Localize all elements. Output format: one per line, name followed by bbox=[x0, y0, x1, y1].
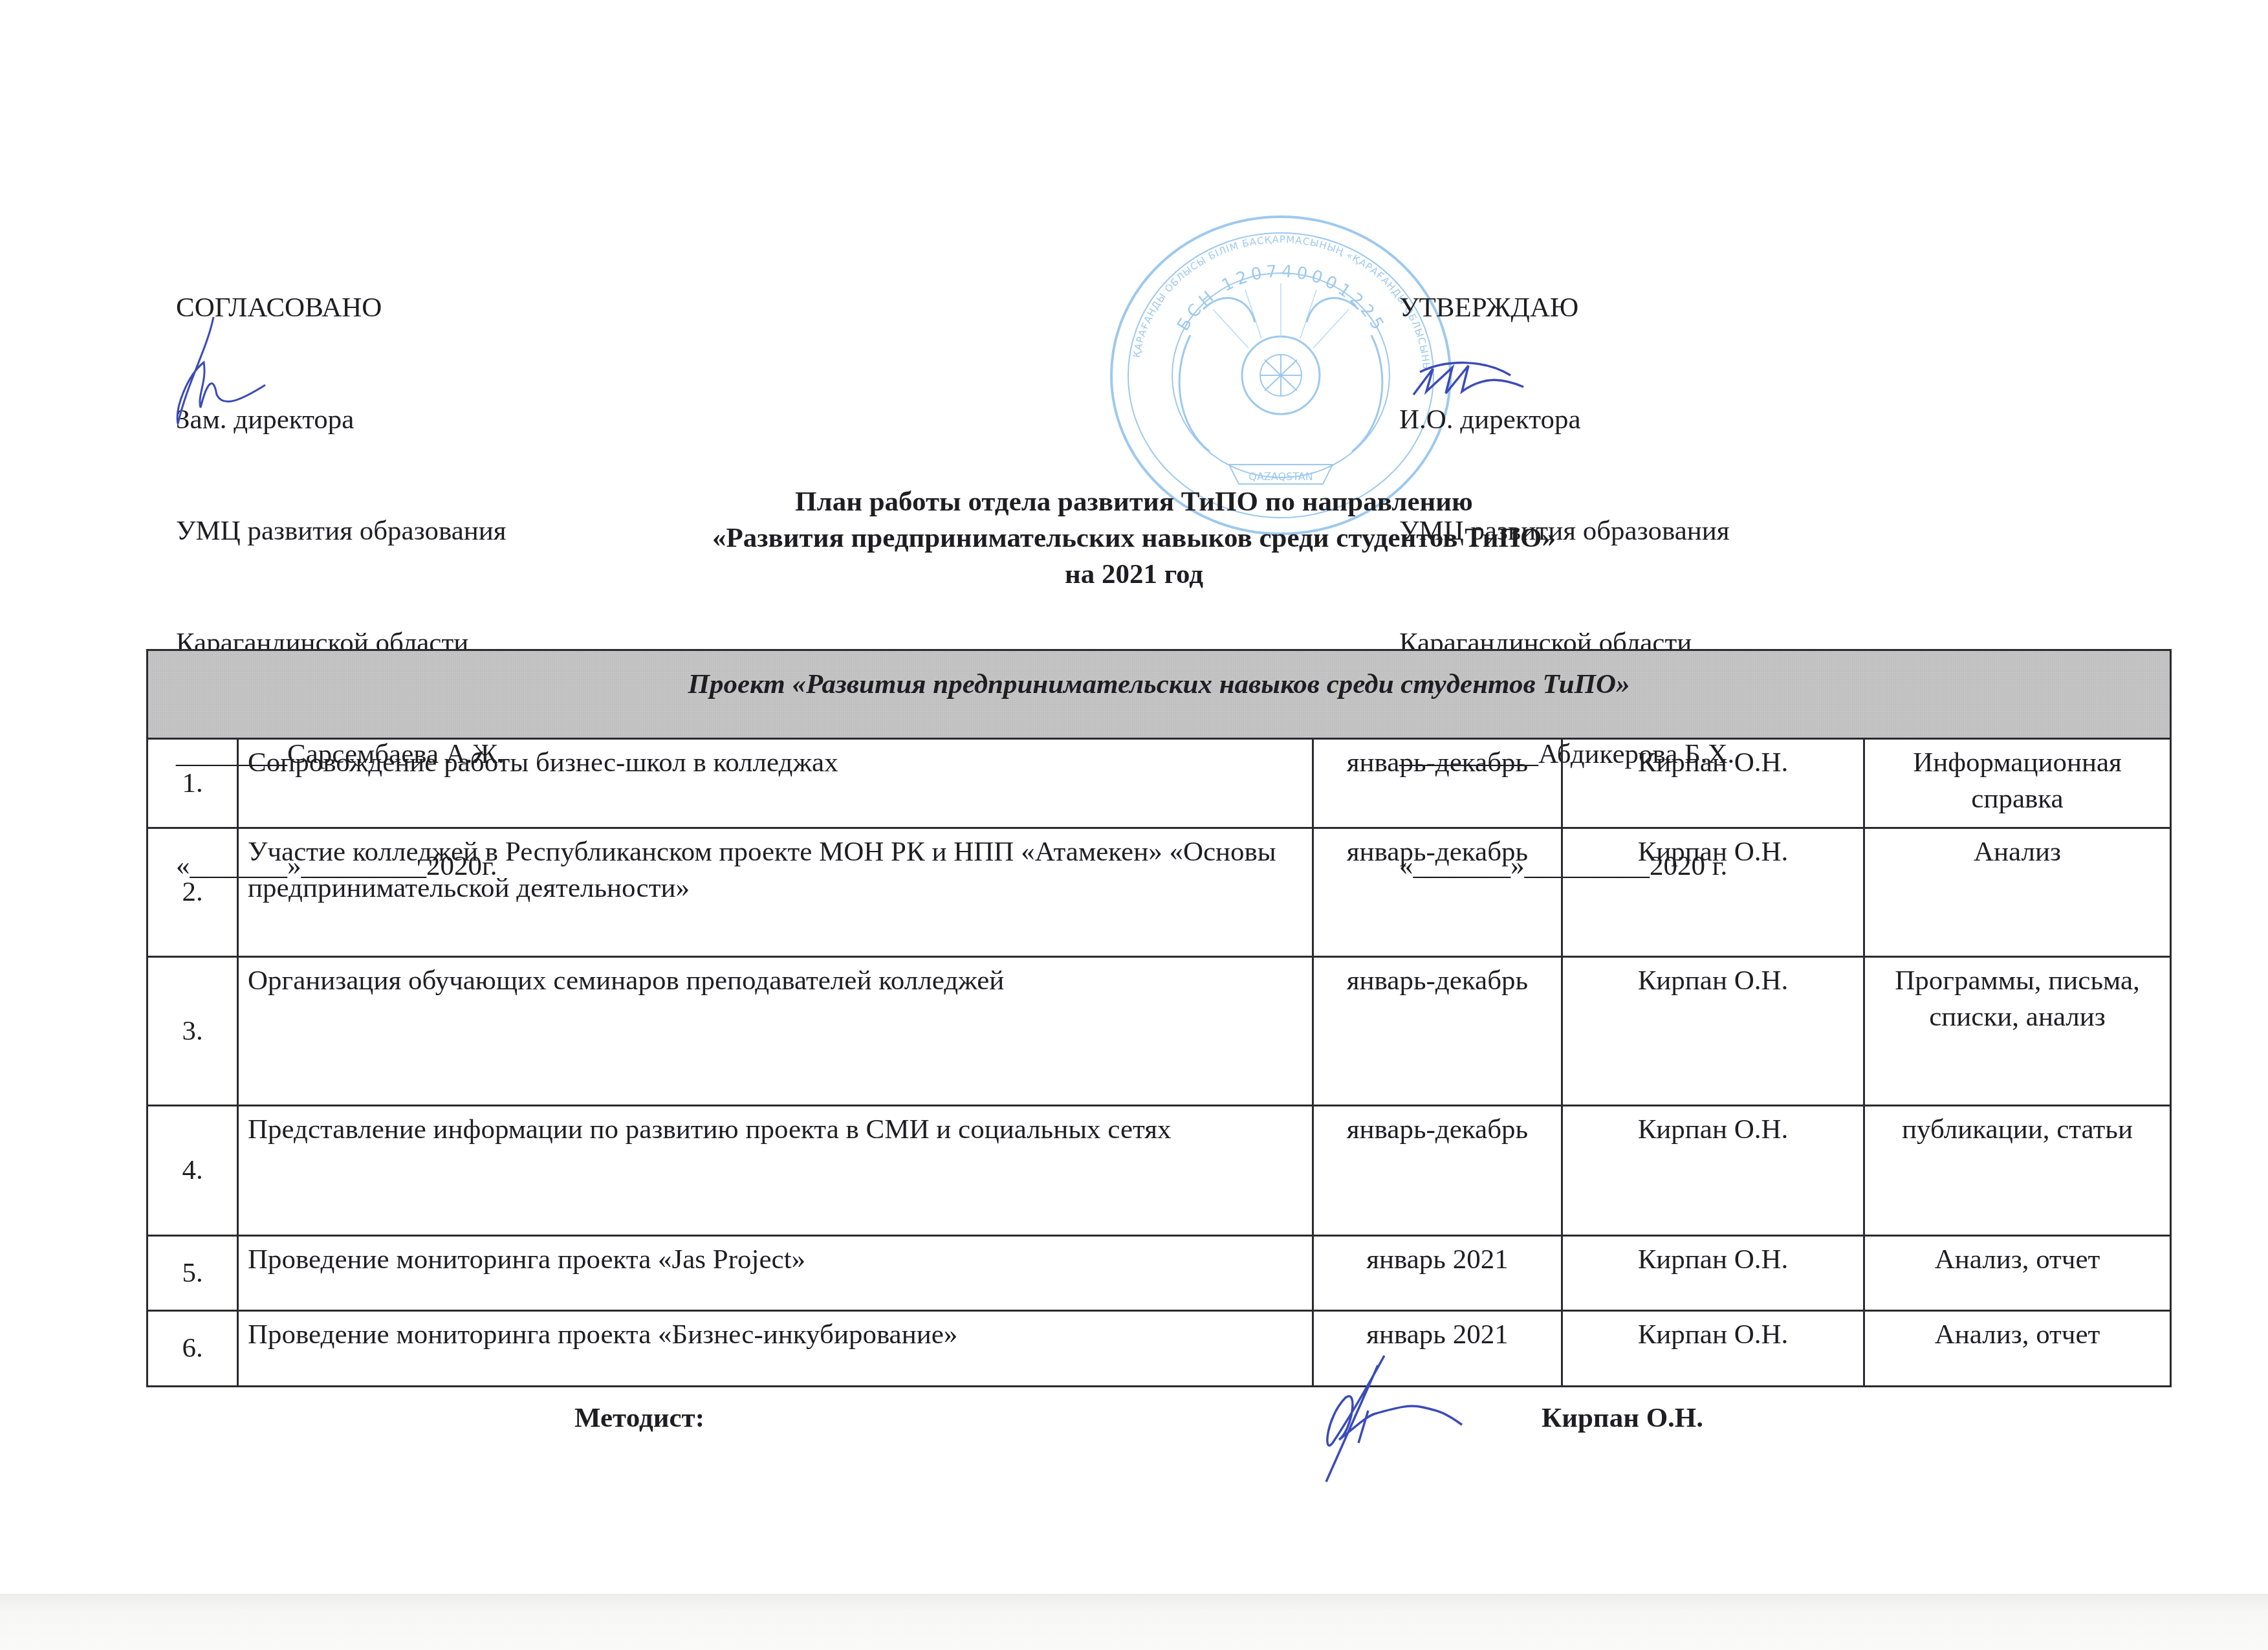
activity-cell: Представление информации по развитию про… bbox=[238, 1106, 1313, 1236]
activity-cell: Участие колледжей в Республиканском прое… bbox=[238, 828, 1313, 957]
period-cell: январь-декабрь bbox=[1313, 739, 1562, 828]
approval-heading: СОГЛАСОВАНО bbox=[176, 289, 507, 327]
responsible-cell: Кирпан О.Н. bbox=[1562, 957, 1864, 1106]
row-number: 2. bbox=[147, 828, 238, 957]
document-title: План работы отдела развития ТиПО по напр… bbox=[0, 484, 2268, 593]
svg-text:QAZAQSTAN: QAZAQSTAN bbox=[1248, 470, 1313, 483]
responsible-cell: Кирпан О.Н. bbox=[1562, 1311, 1864, 1387]
svg-text:БСН 120740001225: БСН 120740001225 bbox=[1173, 262, 1389, 336]
period-cell: январь 2021 bbox=[1313, 1311, 1562, 1387]
title-line-3: на 2021 год bbox=[0, 556, 2268, 593]
output-cell: Информационная справка bbox=[1864, 739, 2171, 828]
period-cell: январь-декабрь bbox=[1313, 957, 1562, 1106]
approval-heading: УТВЕРЖДАЮ bbox=[1399, 289, 1734, 327]
title-line-2: «Развития предпринимательских навыков ср… bbox=[0, 520, 2268, 556]
activity-cell: Сопровождение работы бизнес-школ в колле… bbox=[238, 739, 1313, 828]
responsible-cell: Кирпан О.Н. bbox=[1562, 828, 1864, 957]
responsible-cell: Кирпан О.Н. bbox=[1562, 739, 1864, 828]
work-plan-table: Проект «Развития предпринимательских нав… bbox=[146, 649, 2172, 1387]
approver-position: И.О. директора bbox=[1399, 401, 1734, 439]
row-number: 3. bbox=[147, 957, 238, 1106]
activity-cell: Организация обучающих семинаров преподав… bbox=[238, 957, 1313, 1106]
period-cell: январь-декабрь bbox=[1313, 1106, 1562, 1236]
methodist-name: Кирпан О.Н. bbox=[1542, 1402, 1703, 1434]
scan-edge bbox=[0, 1594, 2268, 1650]
row-number: 4. bbox=[147, 1106, 238, 1236]
methodist-label: Методист: bbox=[574, 1402, 704, 1434]
section-header-row: Проект «Развития предпринимательских нав… bbox=[147, 650, 2171, 739]
activity-cell: Проведение мониторинга проекта «Jas Proj… bbox=[238, 1236, 1313, 1311]
table-row: 6. Проведение мониторинга проекта «Бизне… bbox=[147, 1311, 2171, 1387]
table-row: 5. Проведение мониторинга проекта «Jas P… bbox=[147, 1236, 2171, 1311]
period-cell: январь-декабрь bbox=[1313, 828, 1562, 957]
responsible-cell: Кирпан О.Н. bbox=[1562, 1106, 1864, 1236]
svg-text:ҚАРАҒАНДЫ ОБЛЫСЫ БІЛІМ БАСҚАРМ: ҚАРАҒАНДЫ ОБЛЫСЫ БІЛІМ БАСҚАРМАСЫНЫҢ «ҚА… bbox=[1100, 206, 1432, 372]
responsible-cell: Кирпан О.Н. bbox=[1562, 1236, 1864, 1311]
title-line-1: План работы отдела развития ТиПО по напр… bbox=[0, 484, 2268, 520]
row-number: 1. bbox=[147, 739, 238, 828]
table-row: 4. Представление информации по развитию … bbox=[147, 1106, 2171, 1236]
row-number: 5. bbox=[147, 1236, 238, 1311]
output-cell: Программы, письма, списки, анализ bbox=[1864, 957, 2171, 1106]
table-row: 2. Участие колледжей в Республиканском п… bbox=[147, 828, 2171, 957]
row-number: 6. bbox=[147, 1311, 238, 1387]
table-row: 3. Организация обучающих семинаров препо… bbox=[147, 957, 2171, 1106]
table-row: 1. Сопровождение работы бизнес-школ в ко… bbox=[147, 739, 2171, 828]
approver-position: Зам. директора bbox=[176, 401, 507, 439]
output-cell: Анализ, отчет bbox=[1864, 1311, 2171, 1387]
output-cell: Анализ bbox=[1864, 828, 2171, 957]
period-cell: январь 2021 bbox=[1313, 1236, 1562, 1311]
activity-cell: Проведение мониторинга проекта «Бизнес-и… bbox=[238, 1311, 1313, 1387]
output-cell: Анализ, отчет bbox=[1864, 1236, 2171, 1311]
output-cell: публикации, статьи bbox=[1864, 1106, 2171, 1236]
project-header: Проект «Развития предпринимательских нав… bbox=[147, 650, 2171, 739]
